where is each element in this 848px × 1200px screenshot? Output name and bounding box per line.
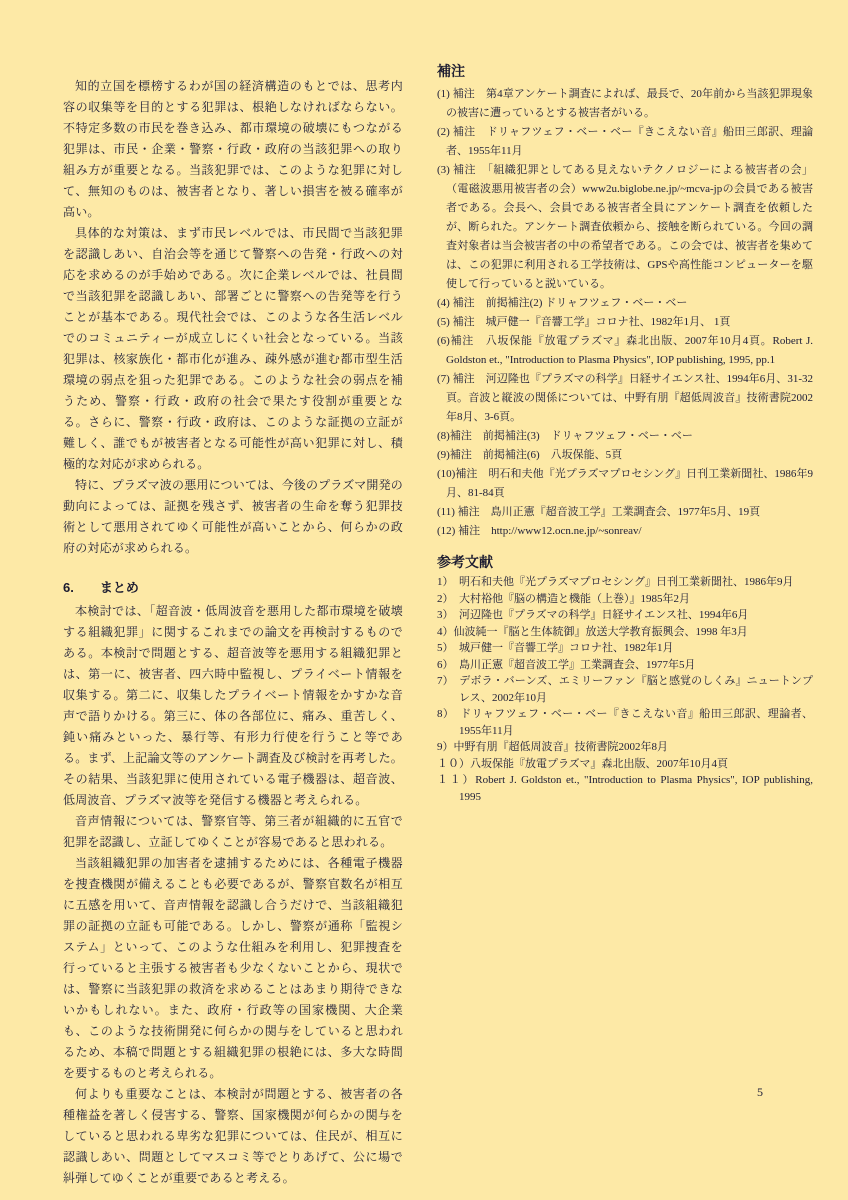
- note-item: (10)補注 明石和夫他『光プラズマプロセシング』日刊工業新聞社、1986年9月…: [437, 465, 813, 503]
- reference-item: １０）八坂保能『放電プラズマ』森北出版、2007年10月4頁: [437, 756, 813, 773]
- main-text-column: 知的立国を標榜するわが国の経済構造のもとでは、思考内容の収集等を目的とする犯罪は…: [63, 76, 403, 1189]
- note-item: (1) 補注 第4章アンケート調査によれば、最長で、20年前から当該犯罪現象の被…: [437, 85, 813, 123]
- note-item: (7) 補注 河辺隆也『プラズマの科学』日経サイエンス社、1994年6月、31-…: [437, 370, 813, 427]
- reference-item: 2） 大村裕他『脳の構造と機能（上巻）』1985年2月: [437, 591, 813, 608]
- supplementary-notes-list: (1) 補注 第4章アンケート調査によれば、最長で、20年前から当該犯罪現象の被…: [437, 85, 813, 541]
- paragraph: 具体的な対策は、まず市民レベルでは、市民間で当該犯罪を認識しあい、自治会等を通じ…: [63, 223, 403, 475]
- paragraph: 何よりも重要なことは、本検討が問題とする、被害者の各種権益を著しく侵害する、警察…: [63, 1084, 403, 1189]
- note-item: (11) 補注 島川正憲『超音波工学』工業調査会、1977年5月、19頁: [437, 503, 813, 522]
- reference-item: 8） ドリャフツェフ・ベー・ベー『きこえない音』船田三郎訳、理論者、1955年1…: [437, 706, 813, 739]
- reference-item: 6） 島川正憲『超音波工学』工業調査会、1977年5月: [437, 657, 813, 674]
- section-heading-summary: 6. まとめ: [63, 575, 403, 601]
- note-item: (3) 補注 「組織犯罪としてある見えないテクノロジーによる被害者の会」（電磁波…: [437, 161, 813, 294]
- note-item: (6)補注 八坂保能『放電プラズマ』森北出版、2007年10月4頁。Robert…: [437, 332, 813, 370]
- notes-references-column: 補注 (1) 補注 第4章アンケート調査によれば、最長で、20年前から当該犯罪現…: [437, 62, 813, 805]
- reference-item: 7） デボラ・バーンズ、エミリーファン『脳と感覚のしくみ』ニュートンプレス、20…: [437, 673, 813, 706]
- reference-item: 1） 明石和夫他『光プラズマプロセシング』日刊工業新聞社、1986年9月: [437, 574, 813, 591]
- reference-item: 9）中野有朋『超低周波音』技術書院2002年8月: [437, 739, 813, 756]
- note-item: (8)補注 前掲補注(3) ドリャフツェフ・ベー・ベー: [437, 427, 813, 446]
- reference-item: 3） 河辺隆也『プラズマの科学』日経サイエンス社、1994年6月: [437, 607, 813, 624]
- page-number: 5: [748, 1084, 772, 1100]
- paragraph: 本検討では、「超音波・低周波音を悪用した都市環境を破壊する組織犯罪」に関するこれ…: [63, 601, 403, 811]
- notes-heading: 補注: [437, 62, 813, 80]
- reference-item: 4）仙波純一『脳と生体統御』放送大学教育振興会、1998 年3月: [437, 624, 813, 641]
- note-item: (12) 補注 http://www12.ocn.ne.jp/~sonreav/: [437, 522, 813, 541]
- note-item: (4) 補注 前掲補注(2) ドリャフツェフ・ベー・ベー: [437, 294, 813, 313]
- document-page: 知的立国を標榜するわが国の経済構造のもとでは、思考内容の収集等を目的とする犯罪は…: [0, 0, 848, 1200]
- note-item: (2) 補注 ドリャフツェフ・ベー・ベー『きこえない音』船田三郎訳、理論者、19…: [437, 123, 813, 161]
- reference-item: 5） 城戸健一『音響工学』コロナ社、1982年1月: [437, 640, 813, 657]
- references-list: 1） 明石和夫他『光プラズマプロセシング』日刊工業新聞社、1986年9月 2） …: [437, 574, 813, 805]
- note-item: (9)補注 前掲補注(6) 八坂保能、5頁: [437, 446, 813, 465]
- paragraph: 当該組織犯罪の加害者を逮捕するためには、各種電子機器を捜査機関が備えることも必要…: [63, 853, 403, 1084]
- paragraph: 音声情報については、警察官等、第三者が組織的に五官で犯罪を認識し、立証してゆくこ…: [63, 811, 403, 853]
- reference-item: １１）Robert J. Goldston et., "Introduction…: [437, 772, 813, 805]
- note-item: (5) 補注 城戸健一『音響工学』コロナ社、1982年1月、 1頁: [437, 313, 813, 332]
- paragraph: 知的立国を標榜するわが国の経済構造のもとでは、思考内容の収集等を目的とする犯罪は…: [63, 76, 403, 223]
- paragraph: 特に、プラズマ波の悪用については、今後のプラズマ開発の動向によっては、証拠を残さ…: [63, 475, 403, 559]
- references-heading: 参考文献: [437, 553, 813, 571]
